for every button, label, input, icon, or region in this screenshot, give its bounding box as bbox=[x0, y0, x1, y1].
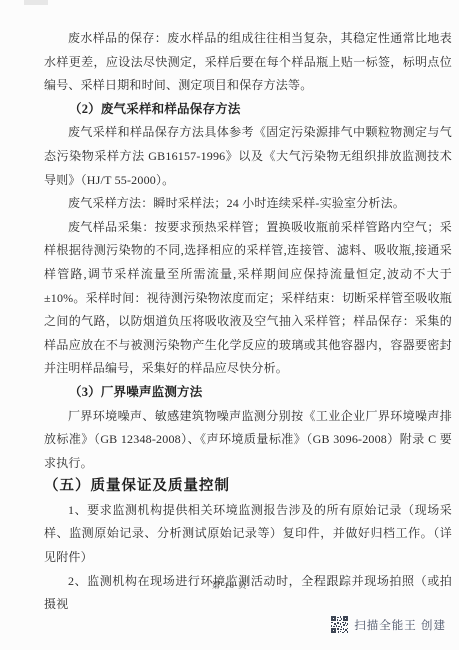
paragraph-noise-standards: 厂界环境噪声、敏感建筑物噪声监测分别按《工业企业厂界环境噪声排放标准》（GB 1… bbox=[44, 405, 452, 476]
scanner-watermark: 扫描全能王 创建 bbox=[331, 616, 446, 633]
scanner-watermark-label: 扫描全能王 创建 bbox=[354, 617, 446, 633]
page-number: 第 16 页 bbox=[0, 579, 459, 591]
document-body: 废水样品的保存：废水样品的组成往往相当复杂，其稳定性通常比地表水样更差，应设法尽… bbox=[44, 27, 452, 617]
scanned-document-page: 废水样品的保存：废水样品的组成往往相当复杂，其稳定性通常比地表水样更差，应设法尽… bbox=[0, 0, 459, 650]
paragraph-wastewater-sample-preservation: 废水样品的保存：废水样品的组成往往相当复杂，其稳定性通常比地表水样更差，应设法尽… bbox=[44, 27, 452, 98]
paragraph-exhaust-gas-standards: 废气采样和样品保存方法具体参考《固定污染源排气中颗粒物测定与气态污染物采样方法 … bbox=[44, 121, 452, 192]
heading-boundary-noise-monitoring: （3）厂界噪声监测方法 bbox=[44, 381, 452, 405]
paragraph-exhaust-gas-methods: 废气采样方法：瞬时采样法；24 小时连续采样-实验室分析法。 bbox=[44, 192, 452, 216]
paragraph-exhaust-gas-collection: 废气样品采集：按要求预热采样管；置换吸收瓶前采样管路内空气；采样根据待测污染物的… bbox=[44, 216, 452, 381]
scan-edge-artifact bbox=[24, 0, 48, 5]
heading-quality-assurance-control: （五）质量保证及质量控制 bbox=[44, 475, 452, 499]
paragraph-qa-item-1: 1、要求监测机构提供相关环境监测报告涉及的所有原始记录（现场采样、监测原始记录、… bbox=[44, 499, 452, 570]
paragraph-qa-item-2: 2、监测机构在现场进行环境监测活动时，全程跟踪并现场拍照（或拍摄视 bbox=[44, 570, 452, 617]
heading-exhaust-gas-sampling: （2）废气采样和样品保存方法 bbox=[44, 98, 452, 122]
qr-code-icon bbox=[331, 616, 348, 633]
